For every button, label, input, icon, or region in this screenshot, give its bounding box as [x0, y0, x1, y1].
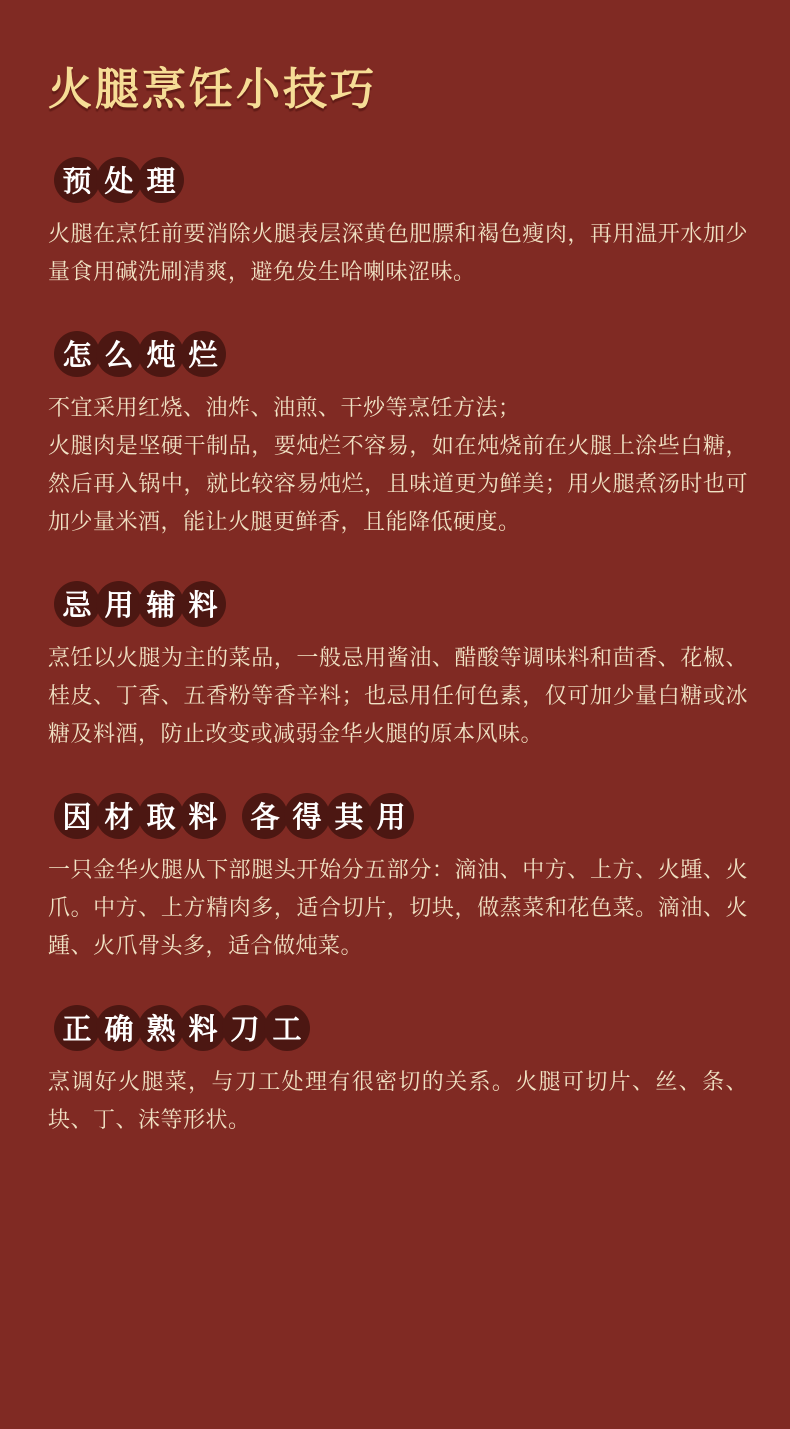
- badge-char-circle: 其: [326, 793, 372, 839]
- section-body-avoid-ingredients: 烹饪以火腿为主的菜品，一般忌用酱油、醋酸等调味料和茴香、花椒、桂皮、丁香、五香粉…: [48, 639, 748, 753]
- badge-char-circle: 因: [54, 793, 100, 839]
- badge-char-circle: 料: [180, 793, 226, 839]
- section-badge-avoid-ingredients: 忌用辅料: [54, 581, 748, 627]
- badge-char-circle: 处: [96, 157, 142, 203]
- badge-char-circle: 烂: [180, 331, 226, 377]
- section-badge-how-to-stew-tender: 怎么炖烂: [54, 331, 748, 377]
- badge-char-circle: 预: [54, 157, 100, 203]
- section-body-cuts-by-part: 一只金华火腿从下部腿头开始分五部分：滴油、中方、上方、火踵、火爪。中方、上方精肉…: [48, 851, 748, 965]
- ham-cooking-tips-poster: 火腿烹饪小技巧 预处理 火腿在烹饪前要消除火腿表层深黄色肥膘和褐色瘦肉，再用温开…: [0, 0, 790, 1429]
- badge-char-circle: 工: [264, 1005, 310, 1051]
- badge-char-circle: 炖: [138, 331, 184, 377]
- badge-char-circle: 理: [138, 157, 184, 203]
- section-badge-knife-skills: 正确熟料刀工: [54, 1005, 748, 1051]
- badge-char-circle: 用: [96, 581, 142, 627]
- section-body-how-to-stew-tender: 不宜采用红烧、油炸、油煎、干炒等烹饪方法； 火腿肉是坚硬干制品，要炖烂不容易，如…: [48, 389, 748, 541]
- badge-char-circle: 熟: [138, 1005, 184, 1051]
- page-title: 火腿烹饪小技巧: [48, 64, 748, 117]
- badge-char-circle: 料: [180, 1005, 226, 1051]
- badge-char-circle: 取: [138, 793, 184, 839]
- badge-char-circle: 材: [96, 793, 142, 839]
- badge-char-circle: 怎: [54, 331, 100, 377]
- section-pretreatment: 预处理 火腿在烹饪前要消除火腿表层深黄色肥膘和褐色瘦肉，再用温开水加少量食用碱洗…: [48, 157, 748, 291]
- badge-char-circle: 忌: [54, 581, 100, 627]
- section-body-knife-skills: 烹调好火腿菜，与刀工处理有很密切的关系。火腿可切片、丝、条、块、丁、沫等形状。: [48, 1063, 748, 1139]
- badge-char-circle: 正: [54, 1005, 100, 1051]
- badge-char-circle: 得: [284, 793, 330, 839]
- section-knife-skills: 正确熟料刀工 烹调好火腿菜，与刀工处理有很密切的关系。火腿可切片、丝、条、块、丁…: [48, 1005, 748, 1139]
- badge-char-circle: 用: [368, 793, 414, 839]
- section-body-pretreatment: 火腿在烹饪前要消除火腿表层深黄色肥膘和褐色瘦肉，再用温开水加少量食用碱洗刷清爽，…: [48, 215, 748, 291]
- section-badge-cuts-by-part: 因材取料各得其用: [54, 793, 748, 839]
- badge-char-circle: 料: [180, 581, 226, 627]
- badge-char-circle: 么: [96, 331, 142, 377]
- section-cuts-by-part: 因材取料各得其用 一只金华火腿从下部腿头开始分五部分：滴油、中方、上方、火踵、火…: [48, 793, 748, 965]
- section-badge-pretreatment: 预处理: [54, 157, 748, 203]
- badge-char-circle: 辅: [138, 581, 184, 627]
- section-avoid-ingredients: 忌用辅料 烹饪以火腿为主的菜品，一般忌用酱油、醋酸等调味料和茴香、花椒、桂皮、丁…: [48, 581, 748, 753]
- badge-char-circle: 确: [96, 1005, 142, 1051]
- section-how-to-stew-tender: 怎么炖烂 不宜采用红烧、油炸、油煎、干炒等烹饪方法； 火腿肉是坚硬干制品，要炖烂…: [48, 331, 748, 541]
- badge-char-circle: 各: [242, 793, 288, 839]
- badge-char-circle: 刀: [222, 1005, 268, 1051]
